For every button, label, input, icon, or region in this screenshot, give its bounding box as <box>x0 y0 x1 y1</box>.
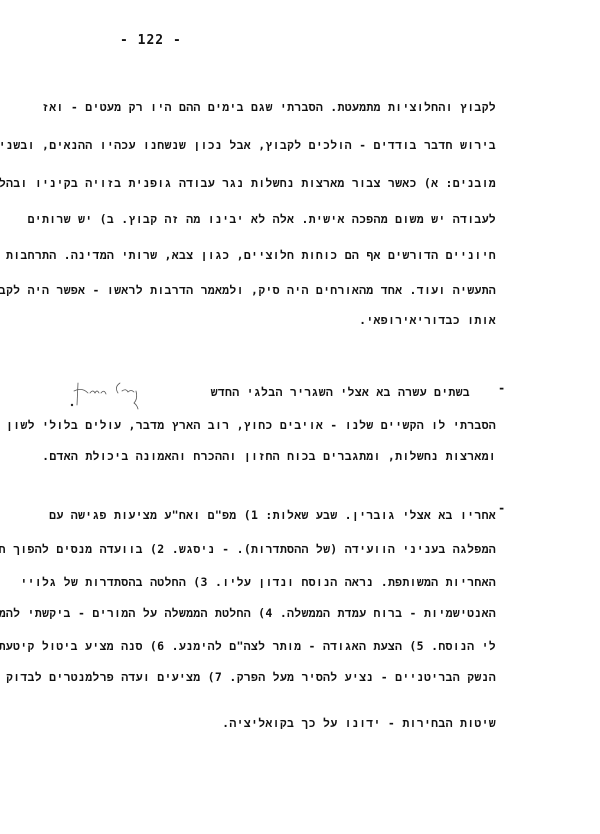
paragraph-dash: - <box>498 381 505 395</box>
text-line: לעבודה יש משום מהפכה אישית. אלה לא יבינו… <box>28 212 496 227</box>
paragraph-dash: - <box>498 501 505 515</box>
text-line: האנטישמיות - ברוח עמדת הממשלה. 4) החלטת … <box>0 606 496 621</box>
text-line: בשתים עשרה בא אצלי השגריר הבלגי החדש <box>211 385 470 400</box>
text-line: הסברתי לו הקשיים שלנו - אויבים כחוץ, רוב… <box>6 418 496 433</box>
page-number: - 122 - <box>120 33 220 48</box>
text-line: אותו כבדוריאירופאי. <box>359 313 496 328</box>
text-line: האחריות המשותפת. נראה הנוסח ונדון עליו. … <box>20 575 496 590</box>
text-line: לי הנוסח. 5) הצעת האגודה - מותר לצה"ם לה… <box>0 639 496 654</box>
text-line: חיוניים הדורשים אף הם כוחות חלוציים, כגו… <box>6 248 496 263</box>
text-line: המפלגה בעניני הוועידה (של ההסתדרות). - נ… <box>0 542 496 557</box>
text-line: ומארצות נחשלות, ומתגברים בכוח החזון וההכ… <box>42 449 496 464</box>
handwritten-signature <box>70 375 142 411</box>
text-line: התעשיה ועוד. אחד מהאורחים היה סיק, ולמאמ… <box>0 283 496 298</box>
text-line: אחריו בא אצלי גוברין. שבע שאלות: 1) מפ"ם… <box>49 508 496 523</box>
text-line: לקבוץ והחלוציות מתמעטת. הסברתי שגם בימים… <box>42 100 496 115</box>
text-line: שיטות הבחירות - ידונו על כך בקואליציה. <box>222 716 496 731</box>
text-line: בירוש חדבר בודדים - הולכים לקבוץ, אבל נכ… <box>0 138 496 153</box>
text-line: מובנים: א) כאשר צבור מארצות נחשלות נגר ע… <box>0 176 496 191</box>
text-line: הנשק הבריטניים - נציע להסיר מעל הפרק. 7)… <box>6 670 496 685</box>
